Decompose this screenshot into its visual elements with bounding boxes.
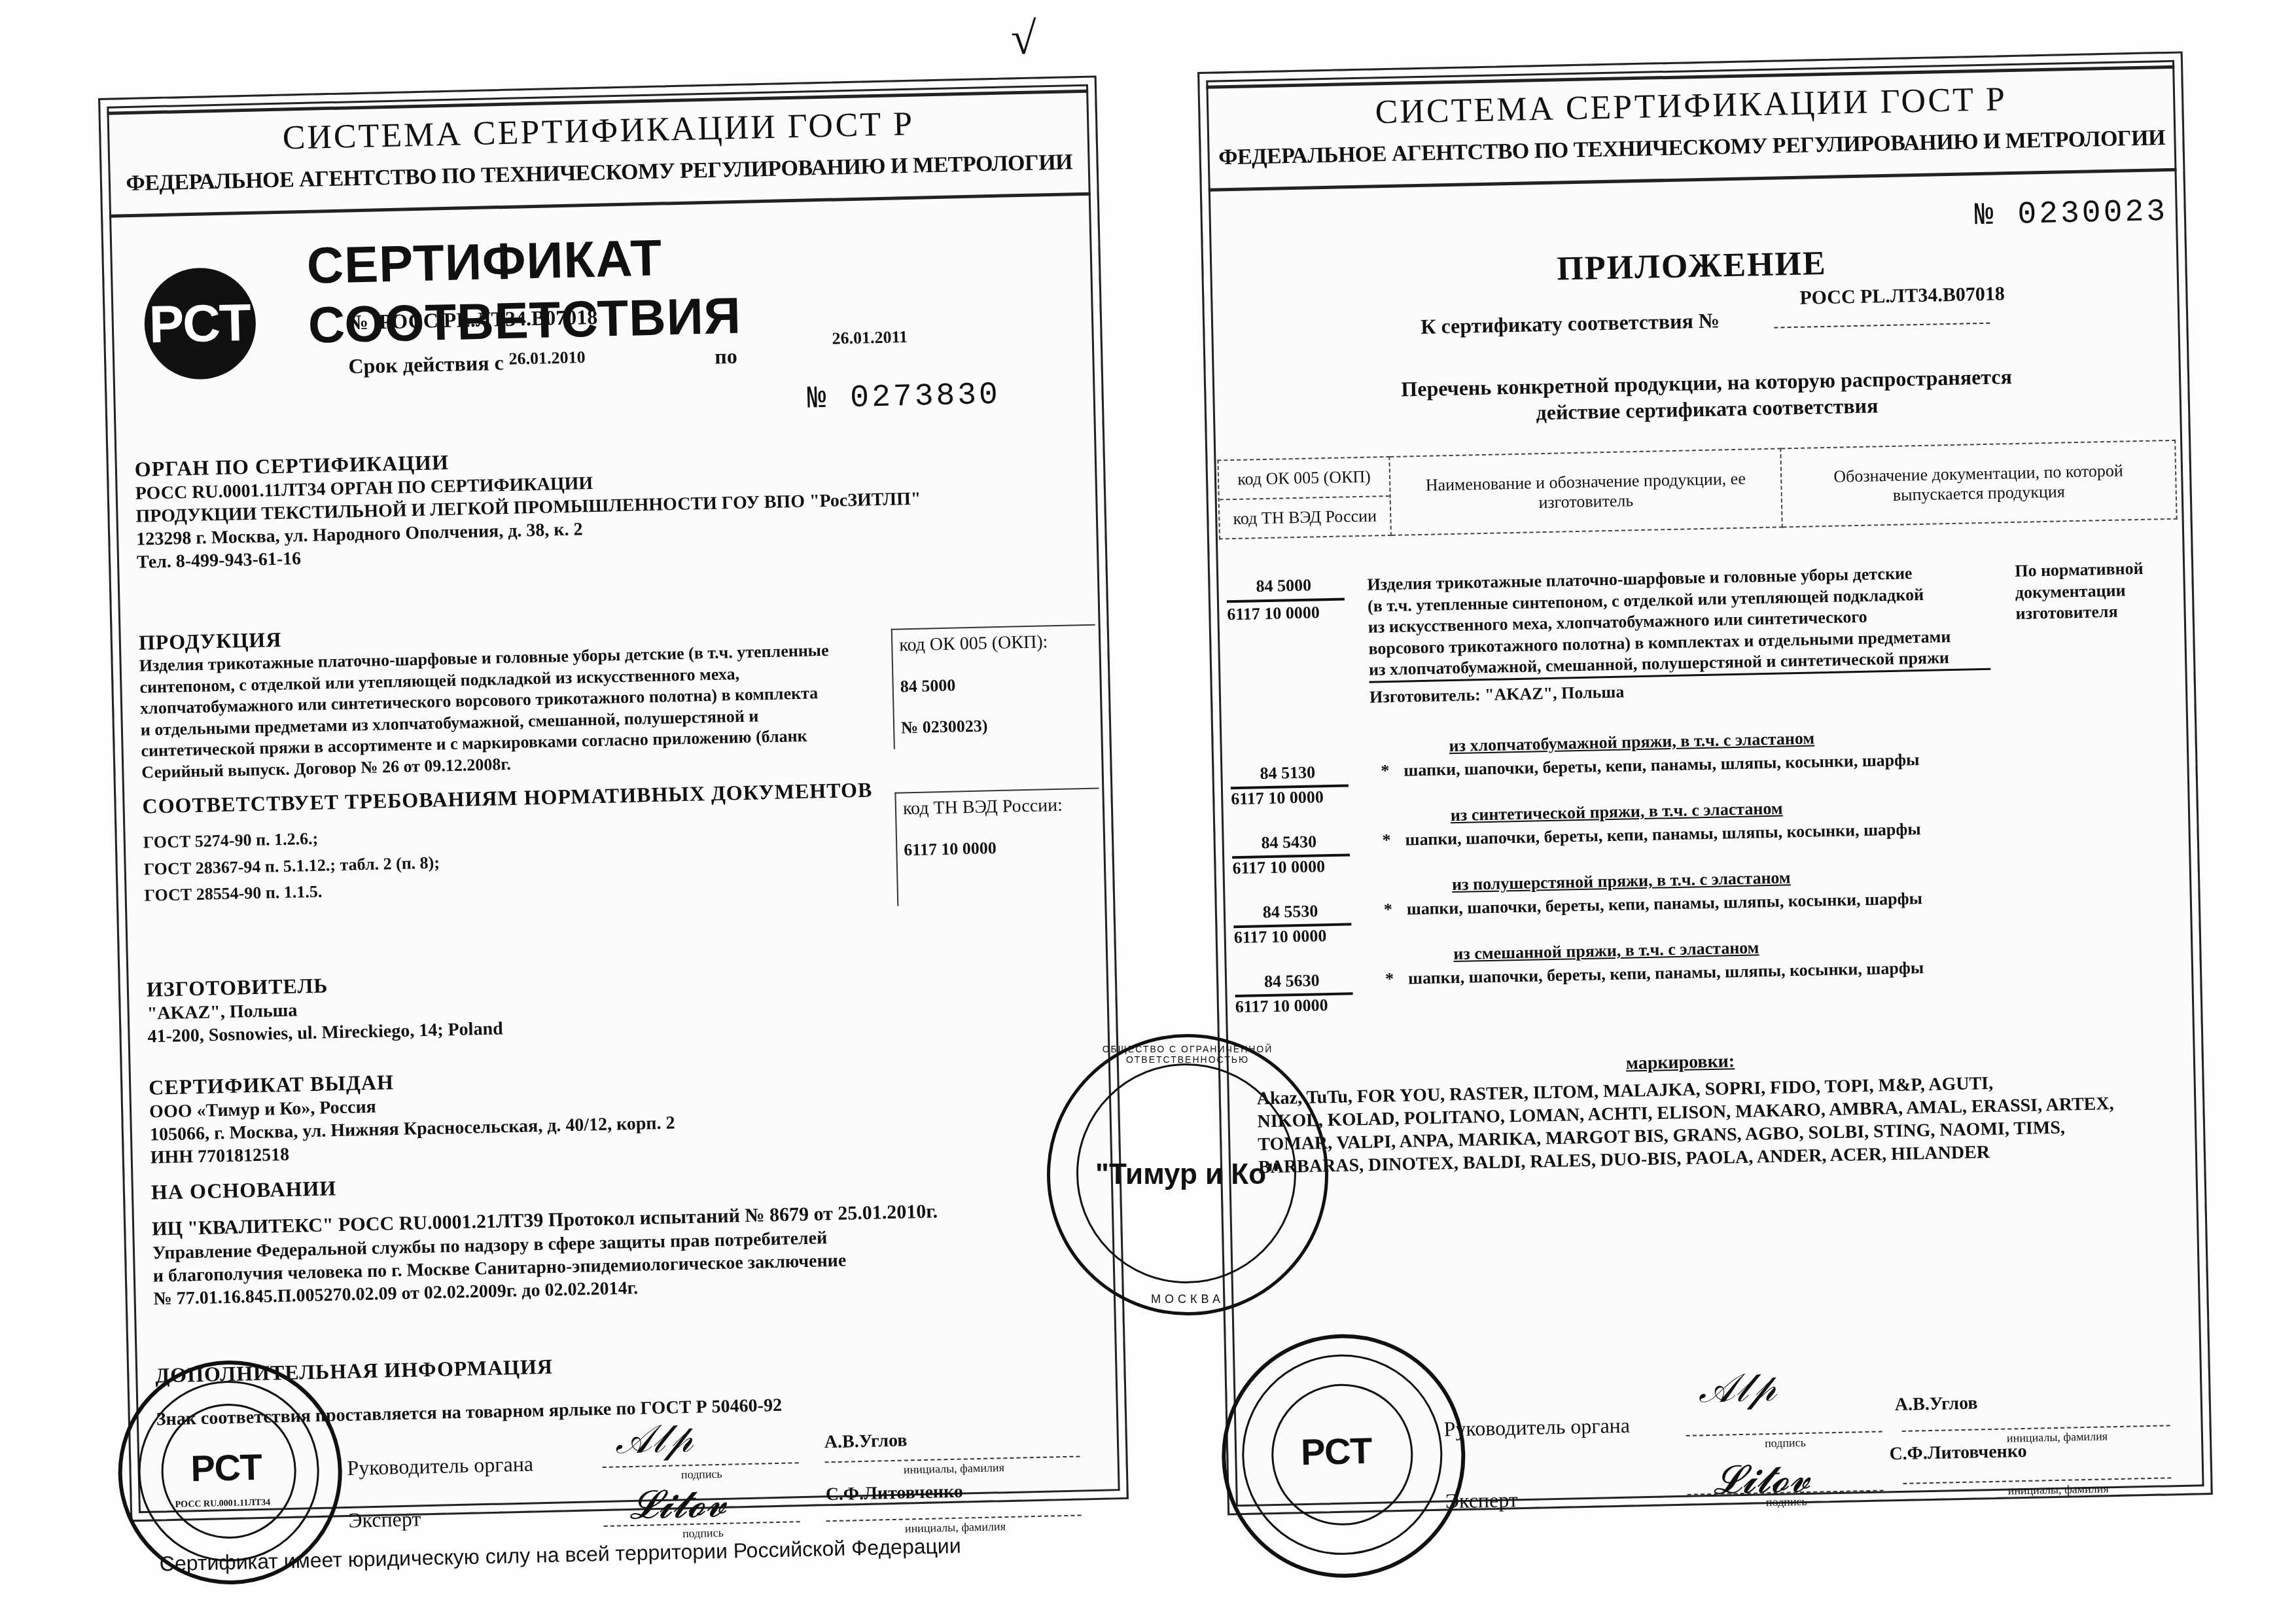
- printer-line: [393, 1528, 395, 1537]
- col-okp: код ОК 005 (ОКП): [1218, 457, 1389, 500]
- conformity-section: СООТВЕТСТВУЕТ ТРЕБОВАНИЯМ НОРМАТИВНЫХ ДО…: [142, 776, 891, 906]
- signature-caption: подпись: [1765, 1436, 1806, 1450]
- product-groups: из хлопчатобумажной пряжи, в т.ч. с элас…: [1213, 721, 2187, 1019]
- head-signature: 𝒜𝓁𝓅: [614, 1416, 694, 1463]
- company-stamp: "Тимур и Ко" МОСКВА ОБЩЕСТВО С ОГРАНИЧЕН…: [1047, 1034, 1328, 1315]
- check-mark: √: [1011, 13, 1036, 65]
- company-stamp-name: "Тимур и Ко": [1076, 1158, 1299, 1191]
- cert-number-label: №: [347, 310, 368, 334]
- main-docs: По нормативной документации изготовителя: [2015, 558, 2144, 625]
- tnved-code-box: код ТН ВЭД России: 6117 10 0000: [894, 788, 1101, 906]
- certification-body-stamp: РСТ: [1219, 1332, 1468, 1580]
- cert-ref: РОСС PL.ЛТ34.B07018: [1799, 283, 2005, 310]
- expert-name: С.Ф.Литовченко: [825, 1482, 963, 1506]
- validity-label: Срок действия с: [348, 351, 504, 378]
- stamp-code: РОСС RU.0001.11ЛТ34: [175, 1498, 271, 1510]
- name-caption: инициалы, фамилия: [904, 1461, 1004, 1476]
- okp-code-box: код ОК 005 (ОКП): 84 5000 № 0230023): [891, 624, 1098, 749]
- group-heading: из хлопчатобумажной пряжи, в т.ч. с элас…: [1449, 728, 1814, 756]
- main-tnved: 6117 10 0000: [1227, 603, 1320, 624]
- appendix-ref: № 0230023): [901, 713, 1091, 738]
- head-name: А.В.Углов: [824, 1430, 908, 1453]
- signature-caption: подпись: [1766, 1495, 1807, 1509]
- markings-list: Akaz, TuTu, FOR YOU, RASTER, ILTOM, MALA…: [1257, 1068, 2188, 1179]
- okp-value: 84 5000: [900, 672, 1090, 698]
- doc-title: ПРИЛОЖЕНИЕ: [1557, 244, 1827, 289]
- group-okp: 84 5530: [1263, 901, 1318, 922]
- group-tnved: 6117 10 0000: [1231, 787, 1324, 809]
- product-section: ПРОДУКЦИЯ Изделия трикотажные платочно-ш…: [138, 613, 887, 783]
- stamp-logo-icon: РСТ: [1301, 1429, 1373, 1473]
- expert-signature: 𝓛𝓲𝓽𝓸𝓿: [629, 1480, 727, 1528]
- signature-caption: подпись: [682, 1526, 724, 1541]
- issued-to-section: СЕРТИФИКАТ ВЫДАН ООО «Тимур и Ко», Росси…: [149, 1062, 676, 1169]
- head-name: А.В.Углов: [1895, 1393, 1978, 1416]
- valid-to: 26.01.2011: [832, 327, 908, 349]
- doc-title: СЕРТИФИКАТ СООТВЕТСТВИЯ: [306, 218, 1101, 355]
- okp-label: код ОК 005 (ОКП):: [899, 630, 1089, 657]
- col-tnved: код ТН ВЭД России: [1220, 497, 1390, 538]
- cert-ref-label: К сертификату соответствия №: [1421, 308, 1720, 339]
- company-stamp-ring: ОБЩЕСТВО С ОГРАНИЧЕННОЙ ОТВЕТСТВЕННОСТЬЮ: [1050, 1044, 1325, 1065]
- col-name: Наименование и обозначение продукции, ее…: [1389, 448, 1782, 535]
- cert-number: РОСС PL.ЛТ34.B07018: [379, 305, 598, 334]
- expert-label: Эксперт: [348, 1507, 421, 1533]
- group-okp: 84 5430: [1261, 832, 1316, 853]
- group-tnved: 6117 10 0000: [1233, 926, 1326, 948]
- group-tnved: 6117 10 0000: [1235, 995, 1328, 1017]
- expert-name: С.Ф.Литовченко: [1889, 1441, 2027, 1465]
- company-stamp-city: МОСКВА: [1050, 1293, 1325, 1306]
- cert-body-section: ОРГАН ПО СЕРТИФИКАЦИИ РОСС RU.0001.11ЛТ3…: [134, 435, 1053, 574]
- tnved-label: код ТН ВЭД России:: [903, 793, 1093, 821]
- signature-caption: подпись: [681, 1467, 722, 1482]
- name-caption: инициалы, фамилия: [2007, 1482, 2108, 1497]
- group-marker: *: [1382, 830, 1391, 850]
- main-description: Изделия трикотажные платочно-шарфовые и …: [1367, 562, 1991, 708]
- group-tnved: 6117 10 0000: [1232, 857, 1325, 878]
- docs-line: По нормативной: [2015, 558, 2144, 582]
- appendix-table-header: код ОК 005 (ОКП) код ТН ВЭД России Наиме…: [1217, 440, 2177, 540]
- valid-from: 26.01.2010: [508, 348, 586, 368]
- blank-number: № 0273830: [807, 378, 1000, 418]
- manufacturer-section: ИЗГОТОВИТЕЛЬ "AKAZ", Польша 41-200, Sosn…: [146, 968, 503, 1048]
- main-okp: 84 5000: [1256, 576, 1311, 597]
- group-marker: *: [1384, 900, 1393, 919]
- gost-logo-icon: РСТ: [143, 267, 257, 381]
- col-docs: Обозначение документации, по которой вып…: [1780, 440, 2176, 527]
- certificate-page: СИСТЕМА СЕРТИФИКАЦИИ ГОСТ Р ФЕДЕРАЛЬНОЕ …: [98, 75, 1129, 1522]
- stamp-logo-icon: РСТ: [190, 1446, 263, 1489]
- head-label: Руководитель органа: [1443, 1414, 1630, 1442]
- group-marker: *: [1385, 969, 1394, 989]
- head-label: Руководитель органа: [347, 1452, 533, 1480]
- group-okp: 84 5630: [1264, 971, 1320, 991]
- group-okp: 84 5130: [1260, 762, 1315, 783]
- markings-heading: маркировки:: [1626, 1051, 1735, 1074]
- appendix-page: СИСТЕМА СЕРТИФИКАЦИИ ГОСТ Р ФЕДЕРАЛЬНОЕ …: [1197, 51, 2213, 1515]
- tnved-value: 6117 10 0000: [904, 836, 1094, 861]
- docs-line: документации: [2015, 579, 2144, 603]
- docs-line: изготовителя: [2015, 601, 2144, 625]
- basis-section: НА ОСНОВАНИИ ИЦ "КВАЛИТЕКС" РОСС RU.0001…: [150, 1158, 1082, 1310]
- blank-number: № 0230023: [1974, 194, 2168, 234]
- head-signature: 𝒜𝓁𝓅: [1698, 1364, 1777, 1412]
- valid-to-label: по: [715, 344, 737, 369]
- group-marker: *: [1381, 761, 1390, 781]
